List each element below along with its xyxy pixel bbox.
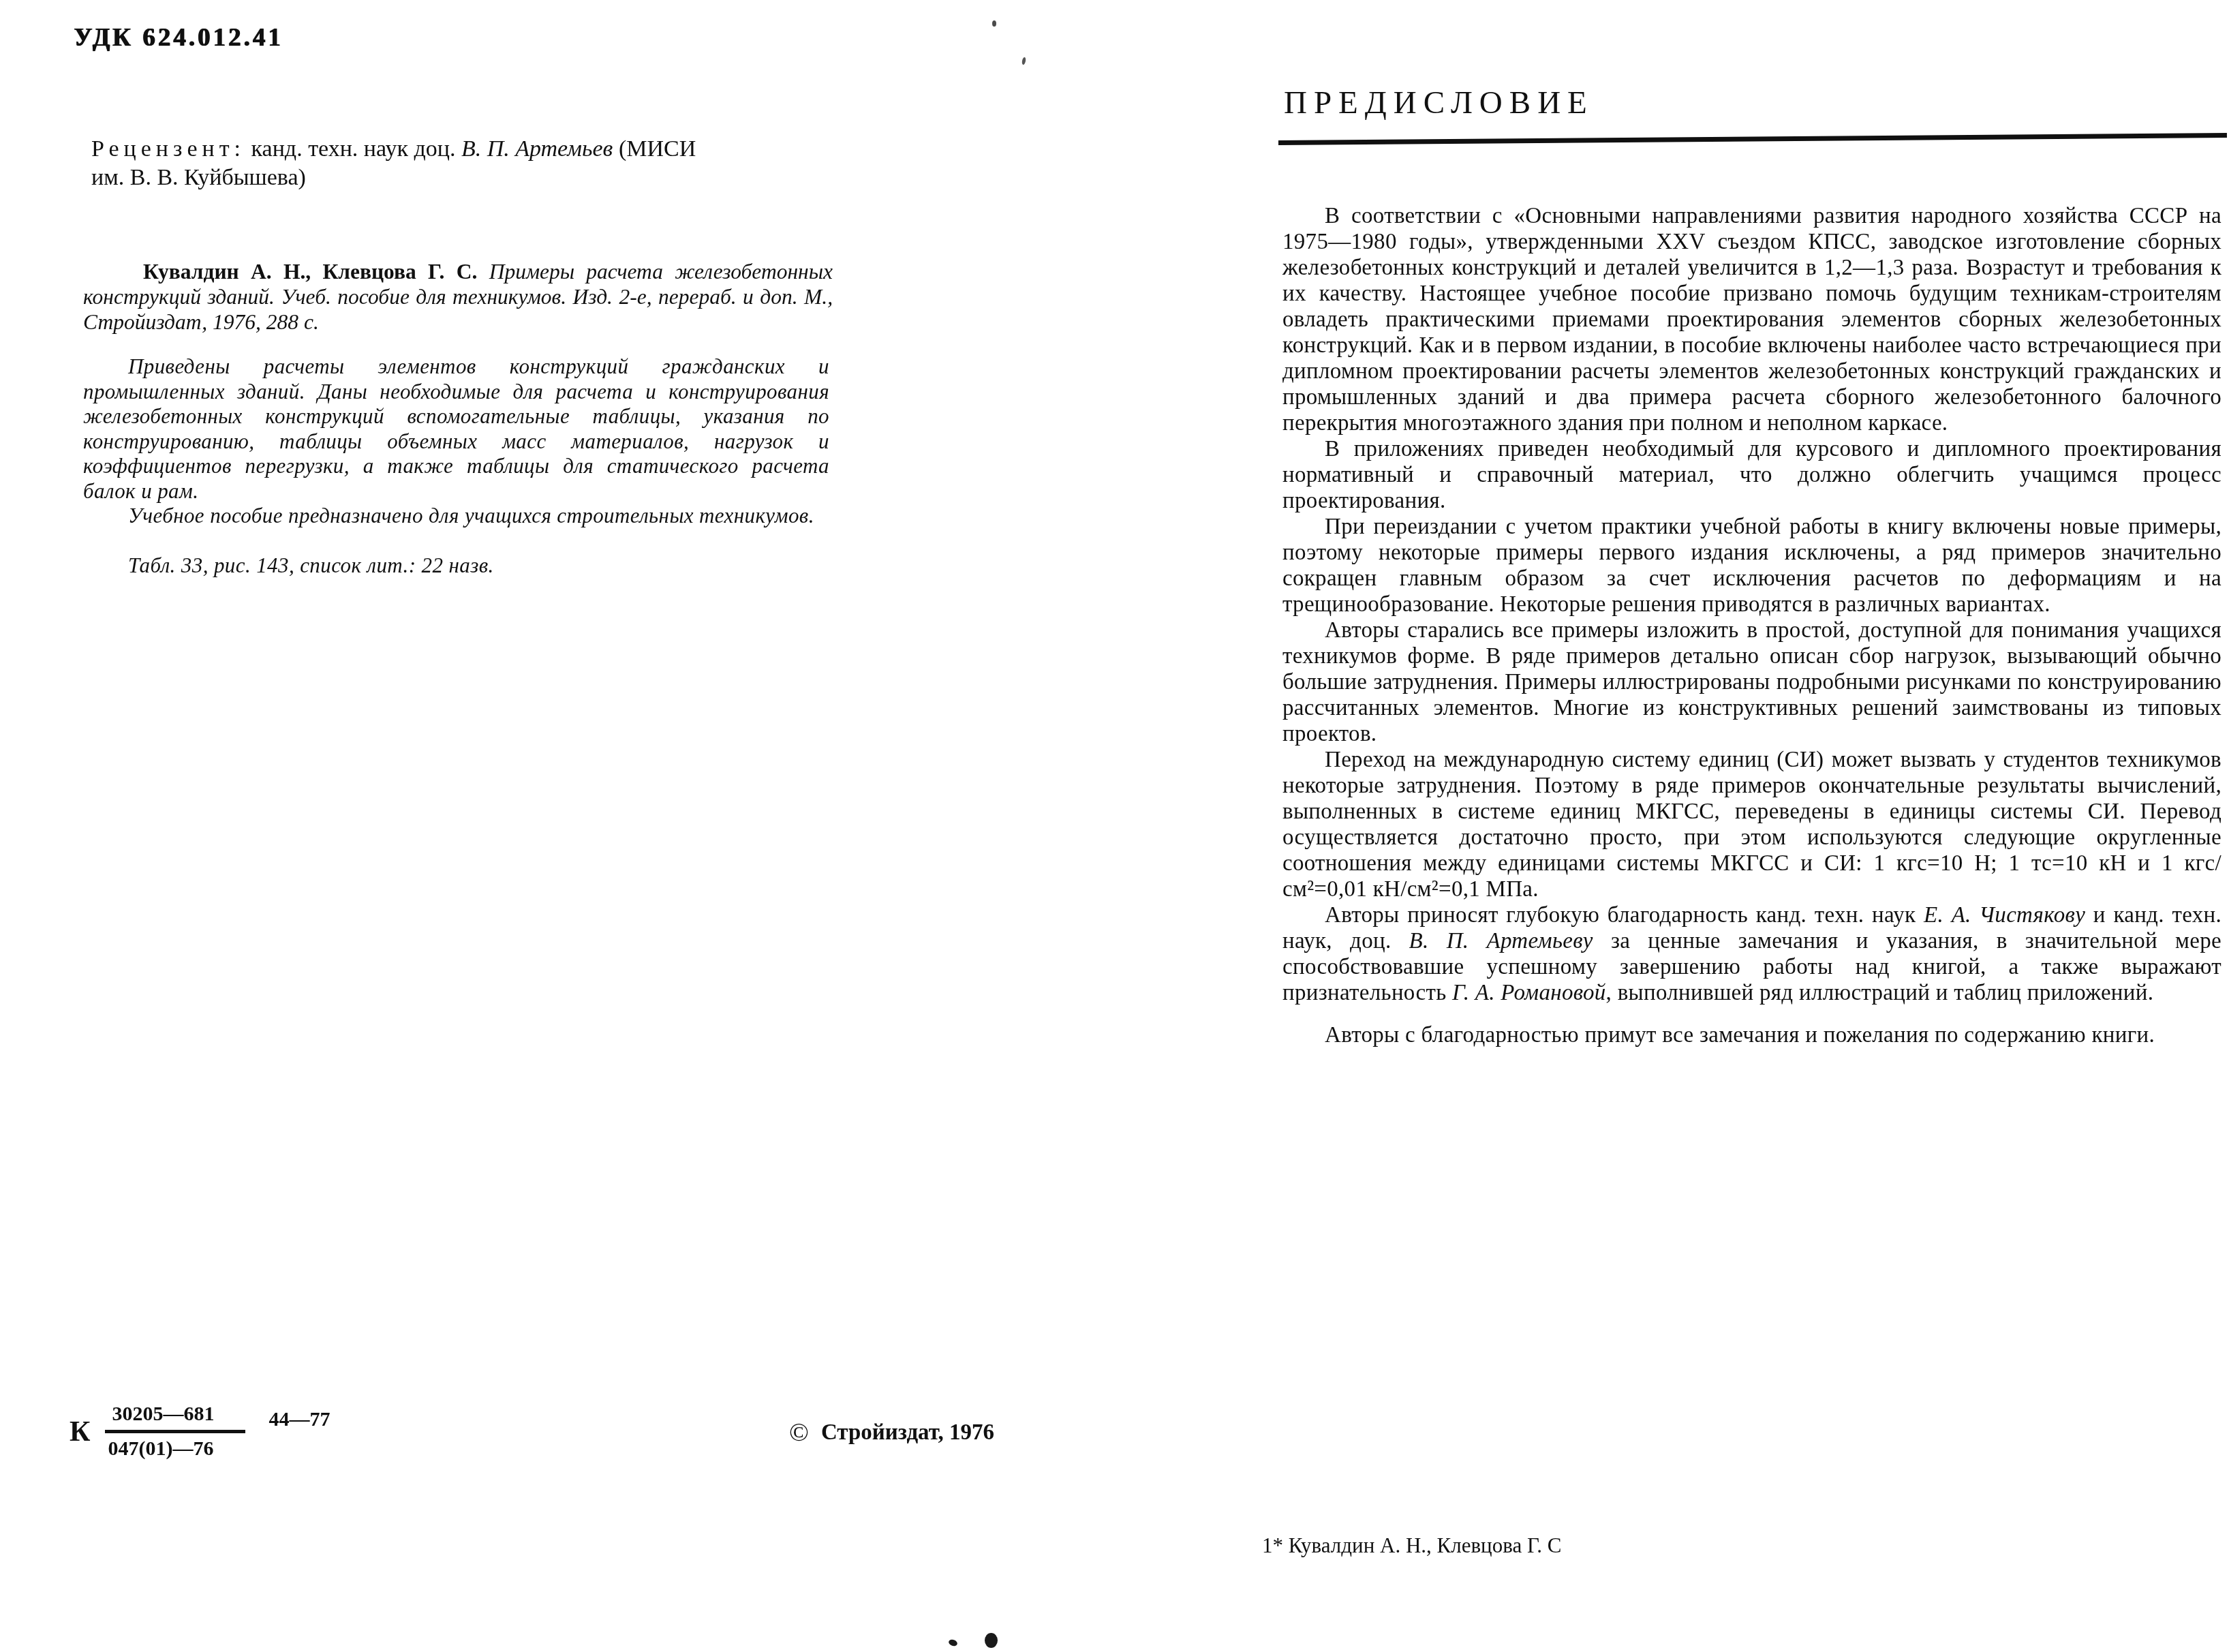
biblio-authors: Кувалдин А. Н., Клевцова Г. С.	[143, 260, 477, 284]
imprint-code-denominator: 047(01)—76	[105, 1433, 245, 1460]
annotation-stats: Табл. 33, рис. 143, список лит.: 22 назв…	[83, 553, 829, 579]
reviewer-text-tail: (МИСИ	[613, 136, 696, 162]
p6-text-4: , выполнившей ряд иллюстраций и таблиц п…	[1606, 981, 2154, 1005]
p6-name-3: Г. А. Романовой	[1452, 981, 1605, 1005]
ink-speck	[948, 1638, 958, 1647]
preface-paragraph-7: Авторы с благодарностью примут все замеч…	[1282, 1022, 2222, 1048]
p6-name-1: Е. А. Чистякову	[1924, 903, 2085, 928]
preface-body: В соответствии с «Основными направлениям…	[1282, 203, 2222, 1048]
annotation-block: Приведены расчеты элементов конструкций …	[83, 354, 829, 578]
page-title: ПРЕДИСЛОВИЕ	[1284, 85, 1594, 121]
annotation-paragraph-1: Приведены расчеты элементов конструкций …	[83, 354, 829, 504]
preface-paragraph-2: В приложениях приведен необходимый для к…	[1282, 436, 2222, 514]
reviewer-name: В. П. Артемьев	[461, 136, 613, 162]
ink-speck	[992, 20, 996, 27]
preface-paragraph-3: При переиздании с учетом практики учебно…	[1282, 514, 2222, 617]
reviewer-text: канд. техн. наук доц.	[245, 136, 461, 162]
imprint-code-fraction: 30205—681047(01)—76	[105, 1403, 245, 1460]
reviewer-paragraph: Рецензент: канд. техн. наук доц. В. П. А…	[91, 135, 855, 192]
copyright-icon: ©	[789, 1418, 809, 1448]
signature-footnote: 1* Кувалдин А. Н., Клевцова Г. С	[1262, 1533, 1562, 1558]
catalog-imprint: К 30205—681047(01)—76 44—77	[70, 1403, 330, 1460]
copyright-text: Стройиздат, 1976	[821, 1420, 994, 1445]
imprint-code-numerator: 30205—681	[105, 1403, 245, 1433]
p6-name-2: В. П. Артемьеву	[1409, 929, 1593, 953]
ink-speck	[1021, 57, 1026, 65]
imprint-series-letter: К	[70, 1416, 90, 1448]
reviewer-line2: им. В. В. Куйбышева)	[91, 165, 306, 190]
heading-rule	[1278, 133, 2227, 145]
udc-number: УДК 624.012.41	[74, 23, 283, 52]
imprint-code-suffix: 44—77	[268, 1408, 330, 1431]
annotation-paragraph-2: Учебное пособие предназначено для учащих…	[83, 504, 829, 529]
bibliographic-entry: Кувалдин А. Н., Клевцова Г. С. Примеры р…	[83, 259, 833, 335]
p6-text-1: Авторы приносят глубокую благодарность к…	[1325, 903, 1924, 928]
scanned-book-spread: УДК 624.012.41 Рецензент: канд. техн. на…	[0, 0, 2229, 1652]
preface-paragraph-5: Переход на международную систему единиц …	[1282, 747, 2222, 902]
ink-speck	[985, 1633, 998, 1648]
preface-paragraph-4: Авторы старались все примеры изложить в …	[1282, 617, 2222, 747]
preface-paragraph-6: Авторы приносят глубокую благодарность к…	[1282, 902, 2222, 1006]
preface-paragraph-1: В соответствии с «Основными направлениям…	[1282, 203, 2222, 436]
copyright-line: © Стройиздат, 1976	[789, 1418, 994, 1448]
reviewer-label: Рецензент:	[91, 136, 245, 162]
